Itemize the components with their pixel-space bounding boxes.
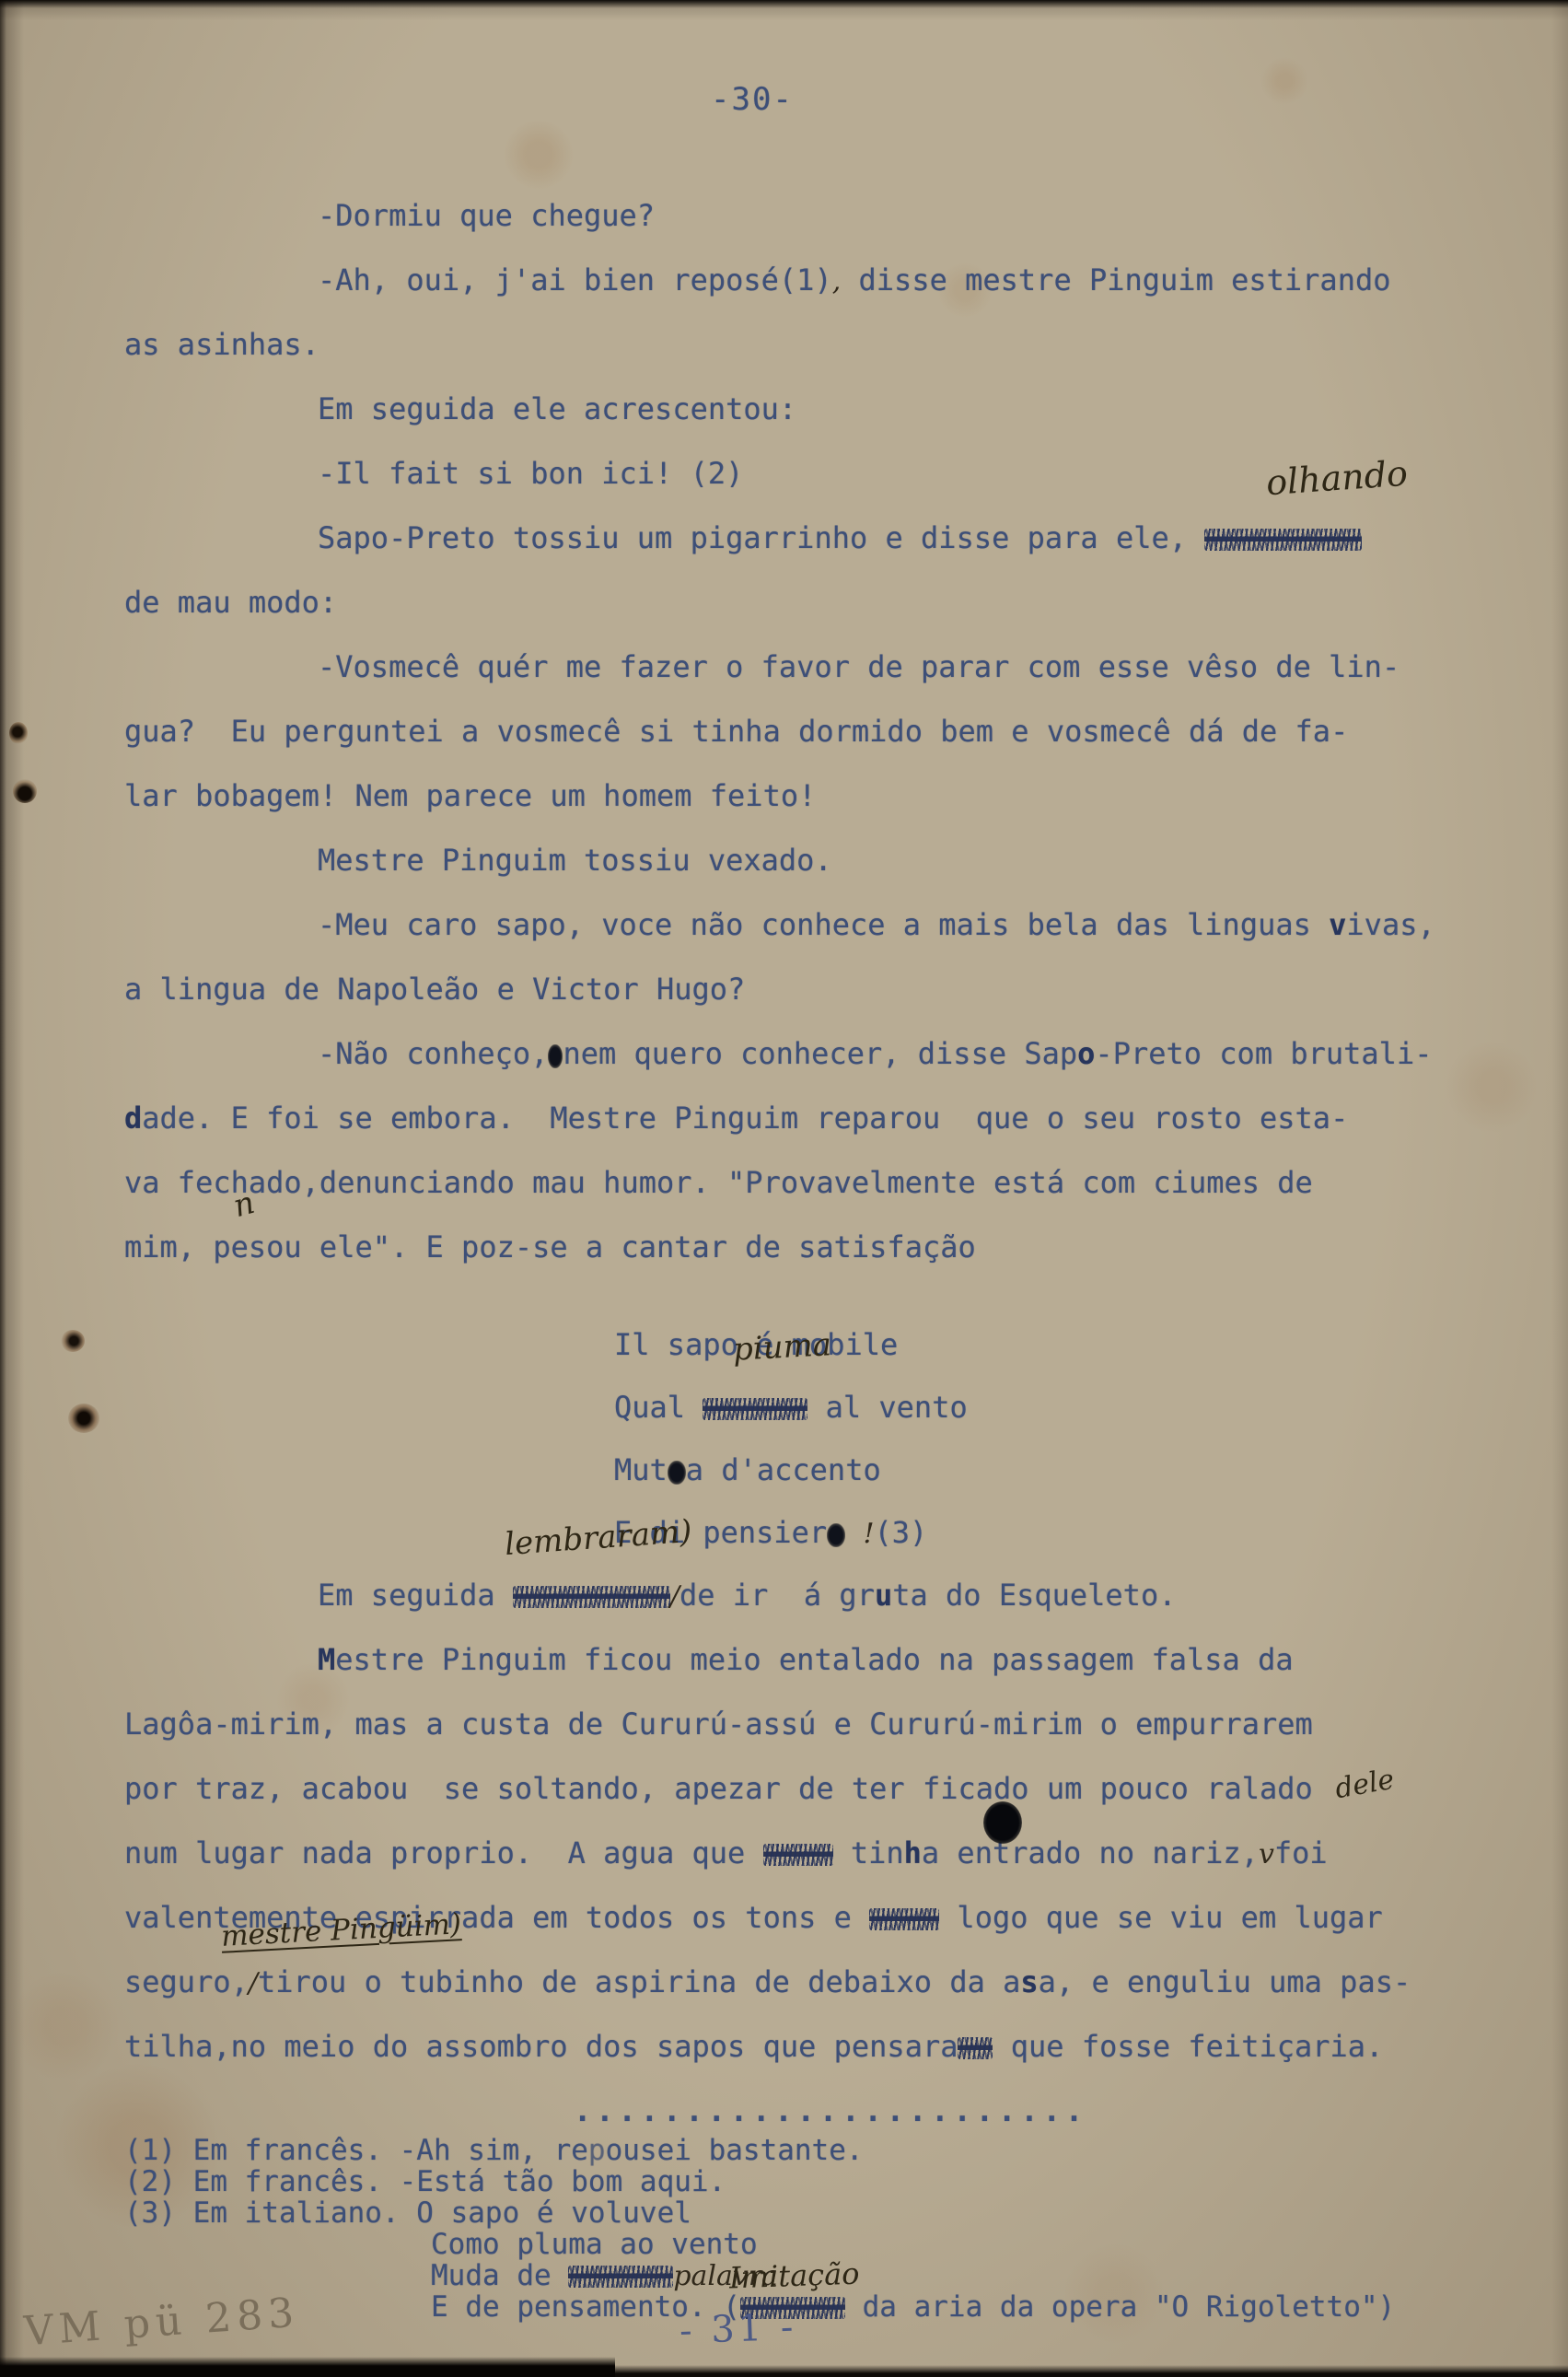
overstruck-text: s xyxy=(1020,1964,1038,1999)
typed-line: tilha,no meio do assombro dos sapos que … xyxy=(124,2028,1505,2092)
typed-text: Como pluma ao vento xyxy=(431,2228,758,2261)
hand-correction-inline: v xyxy=(1259,1838,1274,1870)
typed-line: Mestre Pinguim tossiu vexado. xyxy=(124,842,1505,906)
typed-line: -Ah, oui, j'ai bien reposé(1), disse mes… xyxy=(124,262,1505,326)
page-number-bottom: - 31 - xyxy=(679,2306,797,2352)
typed-line: Em seguida ele acrescentou: xyxy=(124,390,1505,455)
typed-line: -Vosmecê quér me fazer o favor de parar … xyxy=(124,648,1505,713)
hand-imitacao: Imitação xyxy=(728,2256,860,2296)
scribbled-out-word xyxy=(869,1908,939,1930)
typed-text: de ir á gr xyxy=(679,1578,875,1613)
scribbled-out-word xyxy=(958,2037,993,2059)
typed-text: tilha,no meio do assombro dos sapos que … xyxy=(124,2029,958,2064)
pencil-note: VM pü 283 xyxy=(23,2290,301,2356)
typed-text: -Dormiu que chegue? xyxy=(318,198,655,233)
typed-text: que fosse feitiçaria. xyxy=(993,2029,1383,2064)
typed-text: tirou o tubinho de aspirina de debaixo d… xyxy=(258,1964,1020,1999)
typed-line: Qual al vento xyxy=(124,1389,1505,1451)
typed-text: ade. E foi se embora. Mestre Pinguim rep… xyxy=(142,1101,1348,1136)
typed-text: tin xyxy=(833,1835,904,1870)
typed-line: (1) Em francês. -Ah sim, repousei bastan… xyxy=(124,2135,1505,2166)
scribbled-out-word xyxy=(703,1398,807,1420)
typed-line: dade. E foi se embora. Mestre Pinguim re… xyxy=(124,1100,1505,1164)
scribbled-out-word xyxy=(763,1844,833,1866)
typed-text: ousei bastante. xyxy=(606,2134,864,2167)
typed-text: a entrado no nariz, xyxy=(922,1835,1259,1870)
typed-text: -Vosmecê quér me fazer o favor de parar … xyxy=(318,649,1400,684)
typed-line: -Dormiu que chegue? xyxy=(124,197,1505,262)
ink-blot xyxy=(668,1461,686,1485)
typed-text: ta do Esqueleto. xyxy=(892,1578,1176,1613)
overstruck-text: M xyxy=(318,1642,335,1677)
typed-text: gua? Eu perguntei a vosmecê si tinha dor… xyxy=(124,714,1348,749)
typed-text: -Preto com brutali- xyxy=(1095,1036,1432,1071)
typed-line: va fechado,denunciando mau humor. "Prova… xyxy=(124,1164,1505,1229)
ink-blot-mark xyxy=(983,1801,1022,1844)
typed-text: logo que se viu em lugar xyxy=(939,1900,1383,1935)
typed-text: mim, pesou ele". E poz-se a cantar de sa… xyxy=(124,1229,976,1264)
typed-line: Como pluma ao vento xyxy=(124,2229,1505,2260)
typed-text: por traz, acabou se soltando, apezar de … xyxy=(124,1771,1313,1806)
typed-text: de mau modo: xyxy=(124,585,337,620)
typed-line: -Não conheço,nem quero conhecer, disse S… xyxy=(124,1035,1505,1100)
typed-text: ....................... xyxy=(574,2093,1087,2128)
hand-correction-inline: ! xyxy=(863,1518,874,1550)
typed-text-block: -Dormiu que chegue?-Ah, oui, j'ai bien r… xyxy=(124,197,1505,2323)
typed-text: da aria da opera "O Rigoletto") xyxy=(845,2290,1395,2324)
typed-line: ....................... xyxy=(124,2092,1505,2135)
scribbled-out-word xyxy=(513,1586,670,1608)
typed-text: al vento xyxy=(807,1390,967,1425)
typed-text: va fechado,denunciando mau humor. "Prova… xyxy=(124,1165,1313,1200)
typed-text: seguro, xyxy=(124,1964,249,1999)
ink-spot xyxy=(61,1330,85,1352)
hand-correction-inline: , xyxy=(832,265,842,297)
typed-text: -Meu caro sapo, voce não conhece a mais … xyxy=(318,907,1329,942)
typed-text: foi xyxy=(1274,1835,1328,1870)
hand-correction-inline: / xyxy=(249,1967,258,1999)
typed-text: -Não conheço, xyxy=(318,1036,548,1071)
typed-text: lar bobagem! Nem parece um homem feito! xyxy=(124,778,816,813)
typed-text: a, e enguliu uma pas- xyxy=(1039,1964,1411,1999)
typed-text: Muda de xyxy=(431,2259,568,2292)
typed-line: E de pensamento. ( da aria da opera "O R… xyxy=(124,2291,1505,2323)
typed-text: Em seguida ele acrescentou: xyxy=(318,391,796,426)
typed-text xyxy=(845,1515,863,1550)
overstruck-text: o xyxy=(1077,1036,1095,1071)
typed-line: gua? Eu perguntei a vosmecê si tinha dor… xyxy=(124,713,1505,777)
scribbled-out-word xyxy=(568,2266,673,2288)
typed-line: as asinhas. xyxy=(124,326,1505,390)
typed-text: a d'accento xyxy=(686,1452,881,1487)
hand-correction-inline: / xyxy=(670,1580,679,1613)
overstruck-text: v xyxy=(1329,907,1346,942)
typed-text: nem quero conhecer, disse Sap xyxy=(563,1036,1077,1071)
typed-line: Em seguida /de ir á gruta do Esqueleto. xyxy=(124,1577,1505,1641)
typed-line: lar bobagem! Nem parece um homem feito! xyxy=(124,777,1505,842)
scan-edge-top xyxy=(0,0,1568,8)
faint-text: p xyxy=(588,2134,606,2167)
typed-text: Em seguida xyxy=(318,1578,513,1613)
hand-piuma: piuma xyxy=(732,1326,832,1369)
typed-text: ivas, xyxy=(1346,907,1434,942)
overstruck-text: u xyxy=(875,1578,892,1613)
scan-edge-left xyxy=(0,0,6,2377)
typed-text: -Ah, oui, j'ai bien reposé(1) xyxy=(318,262,832,297)
typed-line: (2) Em francês. -Está tão bom aqui. xyxy=(124,2166,1505,2197)
typed-line: por traz, acabou se soltando, apezar de … xyxy=(124,1770,1505,1835)
typed-line: Mestre Pinguim ficou meio entalado na pa… xyxy=(124,1641,1505,1706)
typed-line: a lingua de Napoleão e Victor Hugo? xyxy=(124,971,1505,1035)
typed-text: Lagôa-mirim, mas a custa de Cururú-assú … xyxy=(124,1707,1313,1742)
typed-line: num lugar nada proprio. A agua que tinha… xyxy=(124,1835,1505,1899)
page-number-top: -30- xyxy=(711,81,794,118)
paper-hole-mark xyxy=(13,779,37,803)
typed-text: as asinhas. xyxy=(124,327,319,362)
overstruck-text: d xyxy=(124,1101,142,1136)
typed-line: Muta d'accento xyxy=(124,1451,1505,1514)
paper-hole-mark xyxy=(9,722,28,744)
scribbled-out-word xyxy=(1204,529,1362,551)
manuscript-page: -30- -Dormiu que chegue?-Ah, oui, j'ai b… xyxy=(0,0,1568,2377)
typed-line: (3) Em italiano. O sapo é voluvel xyxy=(124,2197,1505,2229)
typed-line: mim, pesou ele". E poz-se a cantar de sa… xyxy=(124,1229,1505,1293)
ink-blot xyxy=(548,1044,563,1068)
typed-text: a lingua de Napoleão e Victor Hugo? xyxy=(124,972,745,1007)
overstruck-text: h xyxy=(904,1835,922,1870)
typed-text: Qual xyxy=(614,1390,703,1425)
typed-text: disse mestre Pinguim estirando xyxy=(841,262,1390,297)
typed-text: (3) xyxy=(875,1515,928,1550)
typed-line: Sapo-Preto tossiu um pigarrinho e disse … xyxy=(124,519,1505,584)
typed-text: estre Pinguim ficou meio entalado na pas… xyxy=(335,1642,1293,1677)
typed-text: -Il fait si bon ici! (2) xyxy=(318,456,743,491)
ink-spot xyxy=(68,1404,99,1433)
typed-text: (1) Em francês. -Ah sim, re xyxy=(124,2134,588,2167)
typed-text: Mestre Pinguim tossiu vexado. xyxy=(318,843,832,878)
typed-line: seguro,/tirou o tubinho de aspirina de d… xyxy=(124,1963,1505,2028)
typed-line: de mau modo: xyxy=(124,584,1505,648)
typed-text: (2) Em francês. -Está tão bom aqui. xyxy=(124,2165,726,2198)
typed-text: Mut xyxy=(614,1452,668,1487)
scan-edge-bottom-left xyxy=(0,2357,615,2377)
typed-text: num lugar nada proprio. A agua que xyxy=(124,1835,763,1870)
typed-text: (3) Em italiano. O sapo é voluvel xyxy=(124,2196,691,2230)
typed-line: Lagôa-mirim, mas a custa de Cururú-assú … xyxy=(124,1706,1505,1770)
ink-blot xyxy=(827,1523,845,1547)
typed-line: E di pensier !(3) xyxy=(124,1514,1505,1577)
typed-line: -Meu caro sapo, voce não conhece a mais … xyxy=(124,906,1505,971)
typed-text: Sapo-Preto tossiu um pigarrinho e disse … xyxy=(318,520,1204,555)
